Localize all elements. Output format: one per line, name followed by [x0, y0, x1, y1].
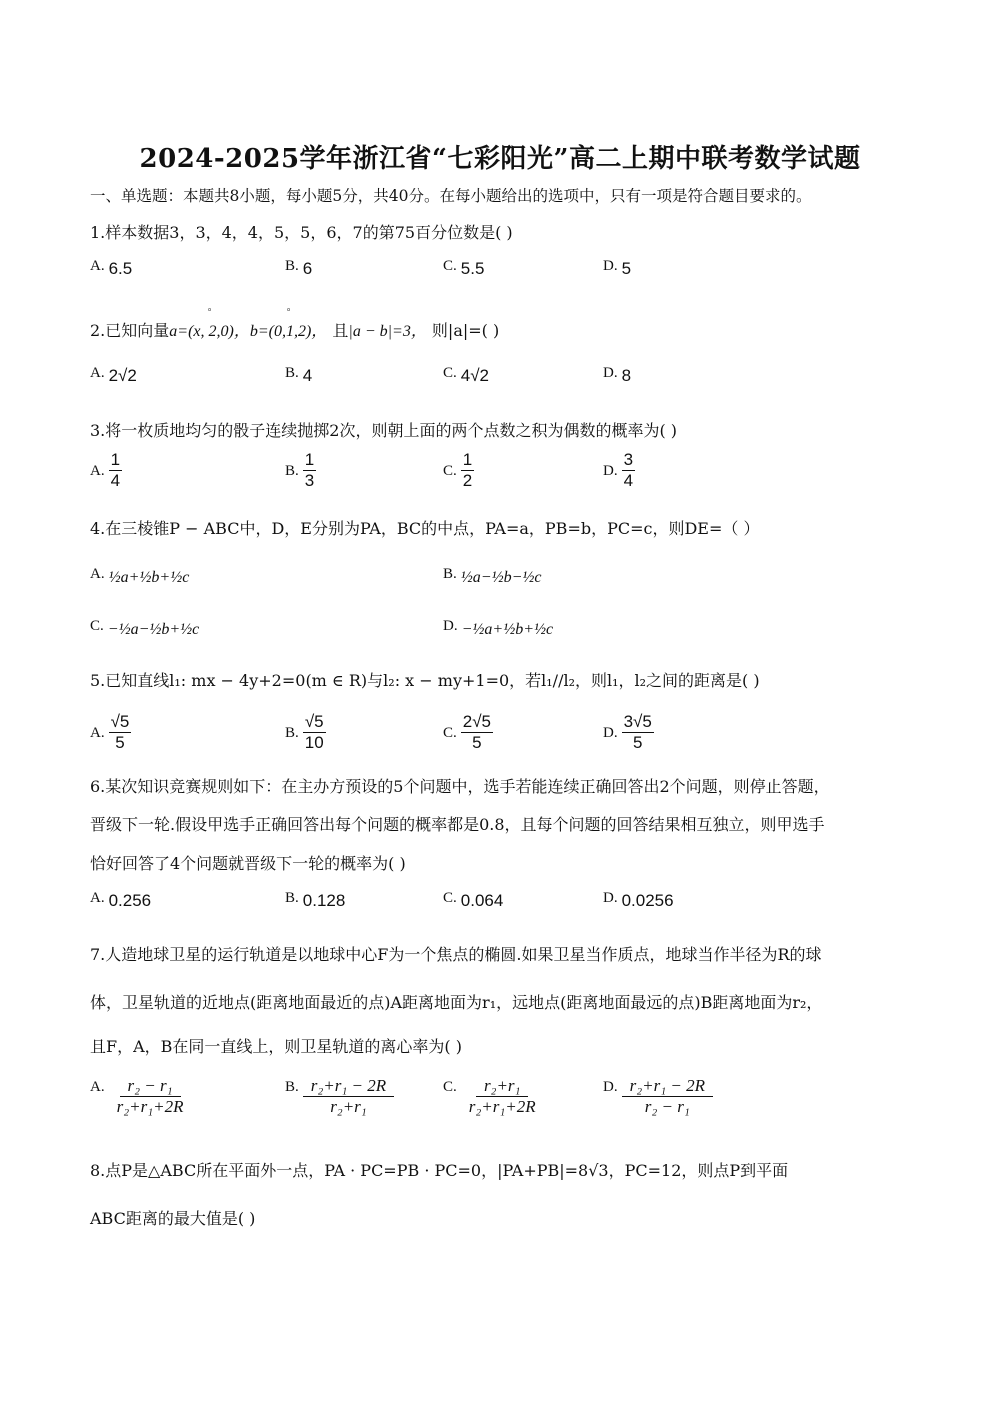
question-number: 6.	[90, 777, 105, 796]
option-a[interactable]: A.0.256	[90, 890, 151, 911]
question-6-line-3: 恰好回答了4个问题就晋级下一轮的概率为( )	[90, 851, 406, 874]
option-a[interactable]: A.√55	[90, 712, 131, 753]
fraction: r₂+r₁r₂+r₁+2R	[461, 1076, 544, 1117]
question-stem-line: 某次知识竞赛规则如下：在主办方预设的5个问题中，选手若能连续正确回答出2个问题，…	[105, 777, 829, 796]
fraction: r₂ − r₁r₂+r₁+2R	[109, 1076, 192, 1117]
option-c[interactable]: C.r₂+r₁r₂+r₁+2R	[443, 1076, 544, 1117]
fraction: r₂+r₁ − 2Rr₂ − r₁	[622, 1076, 713, 1117]
option-a[interactable]: A.r₂ − r₁r₂+r₁+2R	[90, 1076, 191, 1117]
difference-norm: |a − b|=3，	[348, 323, 426, 340]
question-stem: 将一枚质地均匀的骰子连续抛掷2次，则朝上面的两个点数之积为偶数的概率为( )	[105, 421, 677, 440]
option-a[interactable]: A.14	[90, 450, 122, 491]
option-a[interactable]: A.2√2	[90, 365, 137, 386]
fraction: 2√55	[461, 712, 493, 753]
question-stem: 已知向量	[105, 321, 169, 340]
option-c[interactable]: C.0.064	[443, 890, 503, 911]
exam-page: 2024-2025学年浙江省“七彩阳光”高二上期中联考数学试题 一、单选题：本题…	[0, 0, 1000, 1414]
option-d[interactable]: D.−½a+½b+½c	[443, 618, 553, 639]
question-7-line-3: 且F，A，B在同一直线上，则卫星轨道的离心率为( )	[90, 1034, 462, 1057]
question-number: 5.	[90, 671, 105, 690]
question-4: 4.在三棱锥P − ABC中，D，E分别为PA，BC的中点，PA=a，PB=b，…	[90, 516, 759, 539]
question-number: 8.	[90, 1161, 105, 1180]
question-3: 3.将一枚质地均匀的骰子连续抛掷2次，则朝上面的两个点数之积为偶数的概率为( )	[90, 418, 677, 441]
option-a[interactable]: A.½a+½b+½c	[90, 566, 189, 587]
question-5: 5.已知直线l₁: mx − 4y+2=0(m ∈ R)与l₂: x − my+…	[90, 668, 760, 691]
fraction: 34	[622, 450, 635, 491]
section-heading: 一、单选题：本题共8小题，每小题5分，共40分。在每小题给出的选项中，只有一项是…	[90, 184, 811, 206]
option-d[interactable]: D.34	[603, 450, 635, 491]
stem-text: 且	[332, 321, 348, 340]
page-title: 2024-2025学年浙江省“七彩阳光”高二上期中联考数学试题	[0, 138, 1000, 175]
question-6: 6.某次知识竞赛规则如下：在主办方预设的5个问题中，选手若能连续正确回答出2个问…	[90, 774, 830, 797]
question-stem: 样本数据3，3，4，4，5，5，6，7的第75百分位数是( )	[105, 223, 512, 242]
question-stem: 已知直线l₁: mx − 4y+2=0(m ∈ R)与l₂: x − my+1=…	[105, 671, 759, 690]
option-b[interactable]: B.4	[285, 365, 312, 386]
option-c[interactable]: C.2√55	[443, 712, 493, 753]
question-8-line-2: ABC距离的最大值是( )	[90, 1206, 255, 1229]
option-d[interactable]: D.5	[603, 258, 631, 279]
question-number: 1.	[90, 223, 105, 242]
stem-text: 则|a|=( )	[432, 321, 499, 340]
fraction: 3√55	[622, 712, 654, 753]
fraction: 13	[303, 450, 316, 491]
option-b[interactable]: B.√510	[285, 712, 326, 753]
question-7: 7.人造地球卫星的运行轨道是以地球中心F为一个焦点的椭圆.如果卫星当作质点，地球…	[90, 942, 822, 965]
fraction: 12	[461, 450, 474, 491]
vector-a-expression: a=(x, 2,0)，	[169, 318, 250, 341]
question-number: 4.	[90, 519, 105, 538]
vector-b-expression: b=(0,1,2)，	[250, 318, 327, 341]
question-number: 3.	[90, 421, 105, 440]
fraction: r₂+r₁ − 2Rr₂+r₁	[303, 1076, 394, 1117]
question-8: 8.点P是△ABC所在平面外一点，PA · PC=PB · PC=0，|PA+P…	[90, 1158, 788, 1181]
question-1: 1.样本数据3，3，4，4，5，5，6，7的第75百分位数是( )	[90, 220, 513, 243]
question-6-line-2: 晋级下一轮.假设甲选手正确回答出每个问题的概率都是0.8，且每个问题的回答结果相…	[90, 812, 825, 835]
fraction: 14	[109, 450, 122, 491]
option-b[interactable]: B.13	[285, 450, 316, 491]
option-d[interactable]: D.8	[603, 365, 631, 386]
question-stem-line: 点P是△ABC所在平面外一点，PA · PC=PB · PC=0，|PA+PB|…	[105, 1161, 788, 1180]
fraction: √510	[303, 712, 326, 753]
fraction: √55	[109, 712, 132, 753]
option-b[interactable]: B.0.128	[285, 890, 345, 911]
question-7-line-2: 体，卫星轨道的近地点(距离地面最近的点)A距离地面为r₁，远地点(距离地面最远的…	[90, 990, 822, 1013]
option-c[interactable]: C.5.5	[443, 258, 484, 279]
option-d[interactable]: D.r₂+r₁ − 2Rr₂ − r₁	[603, 1076, 713, 1117]
question-number: 7.	[90, 945, 105, 964]
question-2: 2.已知向量a=(x, 2,0)，b=(0,1,2)， 且|a − b|=3， …	[90, 318, 499, 341]
option-c[interactable]: C.12	[443, 450, 474, 491]
option-d[interactable]: D.3√55	[603, 712, 654, 753]
option-b[interactable]: B.6	[285, 258, 312, 279]
question-number: 2.	[90, 321, 105, 340]
question-stem: 在三棱锥P − ABC中，D，E分别为PA，BC的中点，PA=a，PB=b，PC…	[105, 519, 759, 538]
option-b[interactable]: B.r₂+r₁ − 2Rr₂+r₁	[285, 1076, 394, 1117]
option-b[interactable]: B.½a−½b−½c	[443, 566, 541, 587]
option-c[interactable]: C.−½a−½b+½c	[90, 618, 199, 639]
question-stem-line: 人造地球卫星的运行轨道是以地球中心F为一个焦点的椭圆.如果卫星当作质点，地球当作…	[105, 945, 821, 964]
option-a[interactable]: A.6.5	[90, 258, 132, 279]
option-c[interactable]: C.4√2	[443, 365, 489, 386]
option-d[interactable]: D.0.0256	[603, 890, 674, 911]
